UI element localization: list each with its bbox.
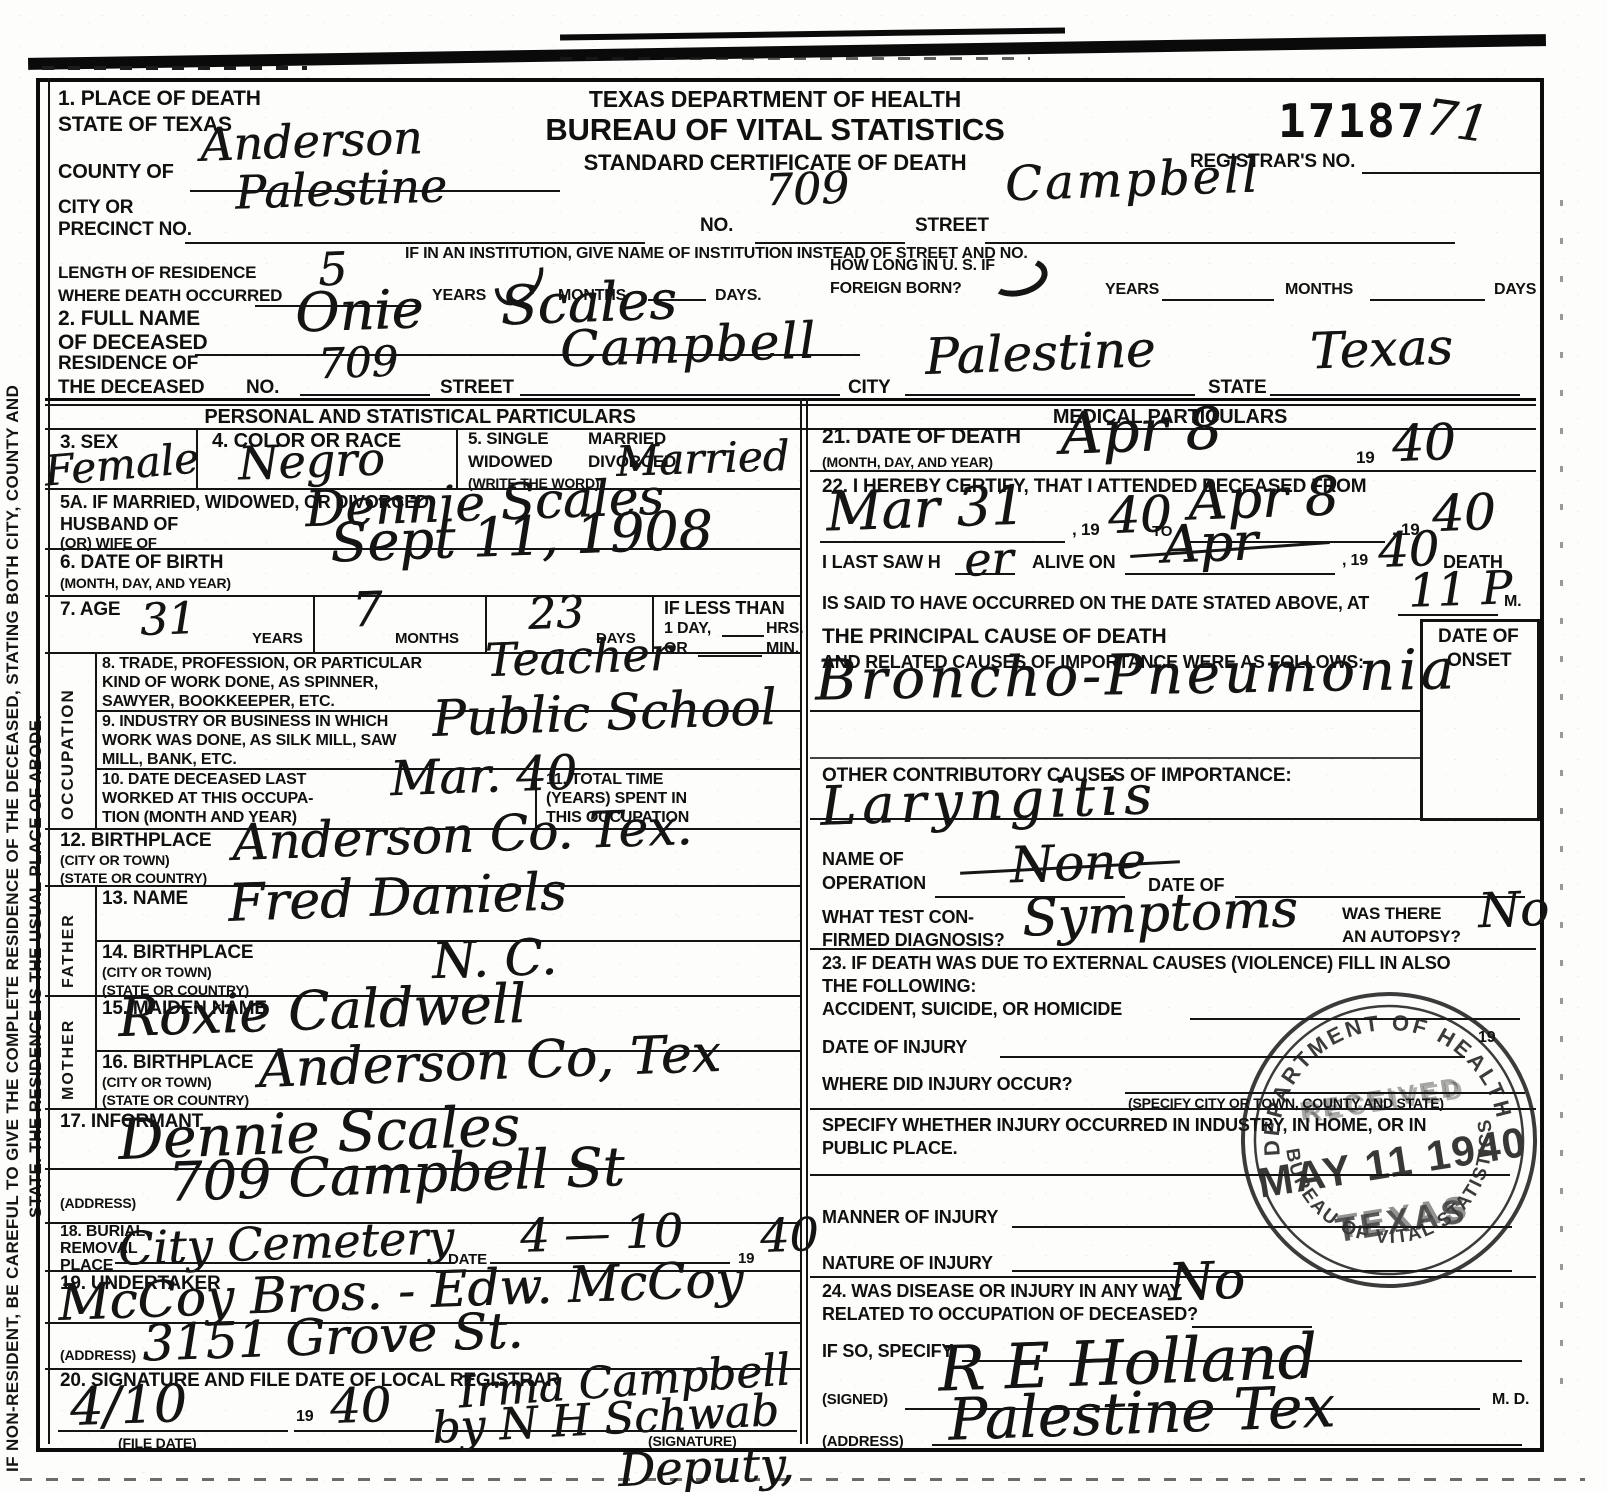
- industry-label3: MILL, BANK, ETC.: [102, 752, 237, 768]
- precinct-no-label: PRECINCT NO.: [58, 220, 192, 239]
- father-birthplace-sublabel1: (CITY OR TOWN): [102, 965, 211, 979]
- bureau-title: BUREAU OF VITAL STATISTICS: [510, 114, 1040, 145]
- related-occupation-label2: RELATED TO OCCUPATION OF DECEASED?: [822, 1305, 1198, 1323]
- us-years-label: YEARS: [1105, 282, 1159, 298]
- registrar-number-printed: 17187: [1278, 98, 1426, 144]
- mother-birthplace-label: 16. BIRTHPLACE: [102, 1053, 253, 1072]
- autopsy-label2: AN AUTOPSY?: [1342, 928, 1461, 945]
- age-months-label: MONTHS: [395, 631, 459, 646]
- mother-strip-label: MOTHER: [60, 1019, 78, 1100]
- informant-address-label: (ADDRESS): [60, 1196, 136, 1210]
- stamp-received-text: RECEIVED: [1301, 1073, 1469, 1128]
- rule: [442, 1430, 797, 1432]
- attended-from-year-printed: , 19: [1072, 521, 1100, 538]
- if-less-min-label: MIN.: [766, 641, 799, 657]
- rule: [932, 1444, 1522, 1446]
- signed-label: (SIGNED): [822, 1392, 888, 1407]
- rule: [985, 242, 1455, 244]
- us-length-label1: HOW LONG IN U. S. IF: [830, 258, 995, 274]
- accident-label: ACCIDENT, SUICIDE, OR HOMICIDE: [822, 1000, 1122, 1018]
- date-of-death-label: 21. DATE OF DEATH: [822, 426, 1021, 447]
- rule: [313, 595, 315, 652]
- rule: [698, 655, 762, 657]
- burial-year-value: 40: [759, 1211, 819, 1259]
- residence-state-value: Texas: [1309, 322, 1453, 377]
- rule: [806, 398, 808, 1444]
- place-of-death-label: 1. PLACE OF DEATH: [58, 88, 261, 109]
- test-label2: FIRMED DIAGNOSIS?: [822, 931, 1005, 949]
- deputy-value: Deputy,: [617, 1441, 795, 1492]
- residence-city-value: Palestine: [924, 324, 1156, 382]
- rule: [955, 573, 1015, 575]
- rule: [45, 398, 1536, 401]
- total-time-label1: 11. TOTAL TIME: [546, 772, 663, 788]
- rule: [45, 652, 800, 654]
- if-less-than-label2: 1 DAY,: [664, 621, 711, 637]
- city-value: Palestine: [234, 162, 447, 215]
- rule: [1398, 614, 1498, 616]
- test-label1: WHAT TEST CON-: [822, 908, 974, 926]
- scan-edge-noise: [1560, 200, 1563, 1400]
- physician-address-label: (ADDRESS): [822, 1434, 904, 1449]
- scan-artifact-dashes: [42, 66, 307, 70]
- informant-address-value: 709 Campbell St: [167, 1140, 625, 1210]
- received-stamp: DEPARTMENT OF HEALTH BUREAU OF VITAL STA…: [1216, 963, 1563, 1316]
- rule: [820, 541, 1065, 543]
- trade-label2: KIND OF WORK DONE, AS SPINNER,: [102, 675, 378, 691]
- rule: [800, 398, 802, 1444]
- last-saw-label: I LAST SAW H: [822, 553, 941, 571]
- occurred-at-label: IS SAID TO HAVE OCCURRED ON THE DATE STA…: [822, 594, 1369, 612]
- test-value: Symptoms: [1021, 883, 1298, 945]
- section-personal-title: PERSONAL AND STATISTICAL PARTICULARS: [140, 407, 700, 427]
- rule: [58, 1430, 288, 1432]
- street-label: STREET: [915, 216, 989, 235]
- date-of-death-sublabel: (MONTH, DAY, AND YEAR): [822, 455, 993, 469]
- rule: [810, 948, 1536, 950]
- if-less-than-label1: IF LESS THAN: [664, 599, 785, 617]
- death-year-value: 40: [1391, 417, 1456, 469]
- autopsy-value: No: [1477, 885, 1550, 935]
- rule: [722, 635, 764, 637]
- scan-artifact-bar: [560, 27, 1065, 40]
- residence-of-label1: RESIDENCE OF: [58, 354, 198, 373]
- length-of-residence-label2: WHERE DEATH OCCURRED: [58, 287, 282, 304]
- rule: [294, 1430, 434, 1432]
- industry-label2: WORK WAS DONE, AS SILK MILL, SAW: [102, 733, 396, 749]
- occurred-m-label: M.: [1504, 594, 1521, 610]
- physician-address-value: Palestine Tex: [947, 1377, 1336, 1448]
- age-years-value: 31: [139, 597, 197, 643]
- trade-label1: 8. TRADE, PROFESSION, OR PARTICULAR: [102, 656, 422, 672]
- rule: [1270, 394, 1520, 396]
- rule: [1125, 573, 1335, 575]
- alive-year-printed: , 19: [1342, 553, 1368, 569]
- file-year-printed: 19: [296, 1409, 313, 1425]
- burial-date-value: 4 — 10: [519, 1207, 684, 1259]
- attended-from-value: Mar 31: [825, 479, 1026, 540]
- autopsy-label1: WAS THERE: [1342, 905, 1441, 922]
- father-name-value: Fred Daniels: [227, 866, 567, 930]
- last-worked-label1: 10. DATE DECEASED LAST: [102, 772, 306, 788]
- contributory-value: Laryngitis: [819, 768, 1158, 834]
- alive-on-value: Apr: [1161, 516, 1258, 571]
- father-strip-label: FATHER: [60, 913, 78, 988]
- occurred-time-value: 11 P: [1407, 564, 1513, 614]
- trade-value: Teacher: [484, 631, 672, 683]
- occupation-strip-label: OCCUPATION: [58, 688, 78, 820]
- mother-birthplace-value: Anderson Co, Tex: [257, 1028, 721, 1096]
- related-occupation-label1: 24. WAS DISEASE OR INJURY IN ANY WAY: [822, 1282, 1181, 1300]
- industry-value: Public School: [431, 682, 777, 744]
- marital-widowed-label: WIDOWED: [468, 453, 553, 470]
- age-years-label: YEARS: [252, 631, 303, 646]
- birthplace-sublabel1: (CITY OR TOWN): [60, 853, 169, 867]
- marital-single-label: 5. SINGLE: [468, 430, 548, 447]
- residence-city-label: CITY: [848, 378, 890, 397]
- last-worked-label2: WORKED AT THIS OCCUPA-: [102, 791, 313, 807]
- age-months-value: 7: [351, 585, 383, 634]
- registrar-number-handwritten: 71: [1422, 92, 1492, 150]
- birthplace-value: Anderson Co. Tex.: [231, 802, 693, 868]
- file-year-value: 40: [329, 1381, 392, 1431]
- industry-label1: 9. INDUSTRY OR BUSINESS IN WHICH: [102, 714, 388, 730]
- rule: [300, 394, 430, 396]
- rule: [810, 757, 1420, 759]
- father-name-label: 13. NAME: [102, 889, 188, 908]
- related-occupation-value: No: [1167, 1255, 1246, 1310]
- stamp-date-text: MAY 11 1940: [1255, 1118, 1531, 1207]
- us-days-label: DAYS: [1494, 282, 1536, 298]
- death-year-printed: 19: [1356, 449, 1375, 466]
- scan-artifact-bar: [28, 34, 1546, 70]
- dob-value: Sept 11, 1908: [329, 503, 714, 570]
- residence-no-value: 709: [317, 341, 399, 386]
- md-label: M. D.: [1492, 1392, 1529, 1408]
- trade-label3: SAWYER, BOOKKEEPER, ETC.: [102, 694, 335, 710]
- if-less-hrs-label: HRS.: [766, 621, 803, 637]
- manner-of-injury-label: MANNER OF INJURY: [822, 1208, 998, 1226]
- date-of-death-value: Apr 8: [1059, 399, 1223, 463]
- alive-on-label: ALIVE ON: [1032, 553, 1115, 571]
- operation-label1: NAME OF: [822, 850, 904, 868]
- us-months-label: MONTHS: [1285, 282, 1353, 298]
- file-date-label: (FILE DATE): [118, 1436, 196, 1450]
- county-of-label: COUNTY OF: [58, 162, 174, 182]
- birthplace-sublabel2: (STATE OR COUNTRY): [60, 871, 207, 885]
- principal-cause-value: Broncho-Pneumonia: [815, 642, 1459, 709]
- street-value: Campbell: [1004, 152, 1261, 209]
- spouse-label2: HUSBAND OF: [60, 515, 178, 533]
- undertaker-address-value: 3151 Grove St.: [141, 1305, 524, 1368]
- dob-label: 6. DATE OF BIRTH: [60, 553, 223, 572]
- length-of-residence-label1: LENGTH OF RESIDENCE: [58, 264, 256, 281]
- where-injury-label: WHERE DID INJURY OCCUR?: [822, 1075, 1072, 1093]
- rule: [810, 470, 1536, 472]
- residence-no-label: NO.: [246, 378, 279, 397]
- scan-artifact-dashes: [560, 57, 1030, 60]
- external-causes-label2: THE FOLLOWING:: [822, 977, 976, 995]
- if-so-specify-label: IF SO, SPECIFY: [822, 1342, 953, 1360]
- full-name-label1: 2. FULL NAME: [58, 308, 200, 329]
- rule: [810, 710, 1420, 712]
- undertaker-address-label: (ADDRESS): [60, 1348, 136, 1362]
- full-name-label2: OF DECEASED: [58, 332, 208, 353]
- house-no-label: NO.: [700, 216, 733, 235]
- last-saw-her-value: er: [963, 535, 1014, 583]
- date-of-injury-label: DATE OF INJURY: [822, 1038, 967, 1056]
- rule: [185, 242, 645, 244]
- rule: [520, 394, 840, 396]
- margin-note-line1: IF NON-RESIDENT, BE CAREFUL TO GIVE THE …: [3, 152, 23, 1472]
- dob-sublabel: (MONTH, DAY, AND YEAR): [60, 576, 231, 590]
- death-certificate-scan: IF NON-RESIDENT, BE CAREFUL TO GIVE THE …: [0, 0, 1607, 1492]
- rule: [755, 242, 905, 244]
- mother-birthplace-sublabel1: (CITY OR TOWN): [102, 1075, 211, 1089]
- dept-title: TEXAS DEPARTMENT OF HEALTH: [545, 88, 1005, 111]
- city-or-label: CITY OR: [58, 198, 133, 217]
- residence-street-value: Campbell: [559, 316, 818, 375]
- rule: [1162, 299, 1274, 301]
- operation-label2: OPERATION: [822, 874, 926, 892]
- birthplace-label: 12. BIRTHPLACE: [60, 831, 211, 850]
- residence-days-label: DAYS.: [715, 288, 761, 304]
- nature-of-injury-label: NATURE OF INJURY: [822, 1254, 993, 1272]
- file-date-value: 4/10: [69, 1378, 188, 1434]
- us-length-label2: FOREIGN BORN?: [830, 281, 962, 297]
- specify-injury-label2: PUBLIC PLACE.: [822, 1139, 957, 1157]
- residence-of-label2: THE DECEASED: [58, 378, 204, 397]
- rule: [95, 652, 97, 828]
- attended-to-year-value: 40: [1431, 487, 1496, 539]
- scan-artifact-dashes: [20, 1478, 1585, 1481]
- rule: [1362, 172, 1540, 174]
- rule: [48, 78, 50, 1444]
- external-causes-label1: 23. IF DEATH WAS DUE TO EXTERNAL CAUSES …: [822, 954, 1450, 972]
- house-no-value: 709: [764, 167, 849, 214]
- father-birthplace-label: 14. BIRTHPLACE: [102, 943, 253, 962]
- residence-street-label: STREET: [440, 378, 514, 397]
- rule: [1370, 299, 1485, 301]
- age-label: 7. AGE: [60, 600, 120, 619]
